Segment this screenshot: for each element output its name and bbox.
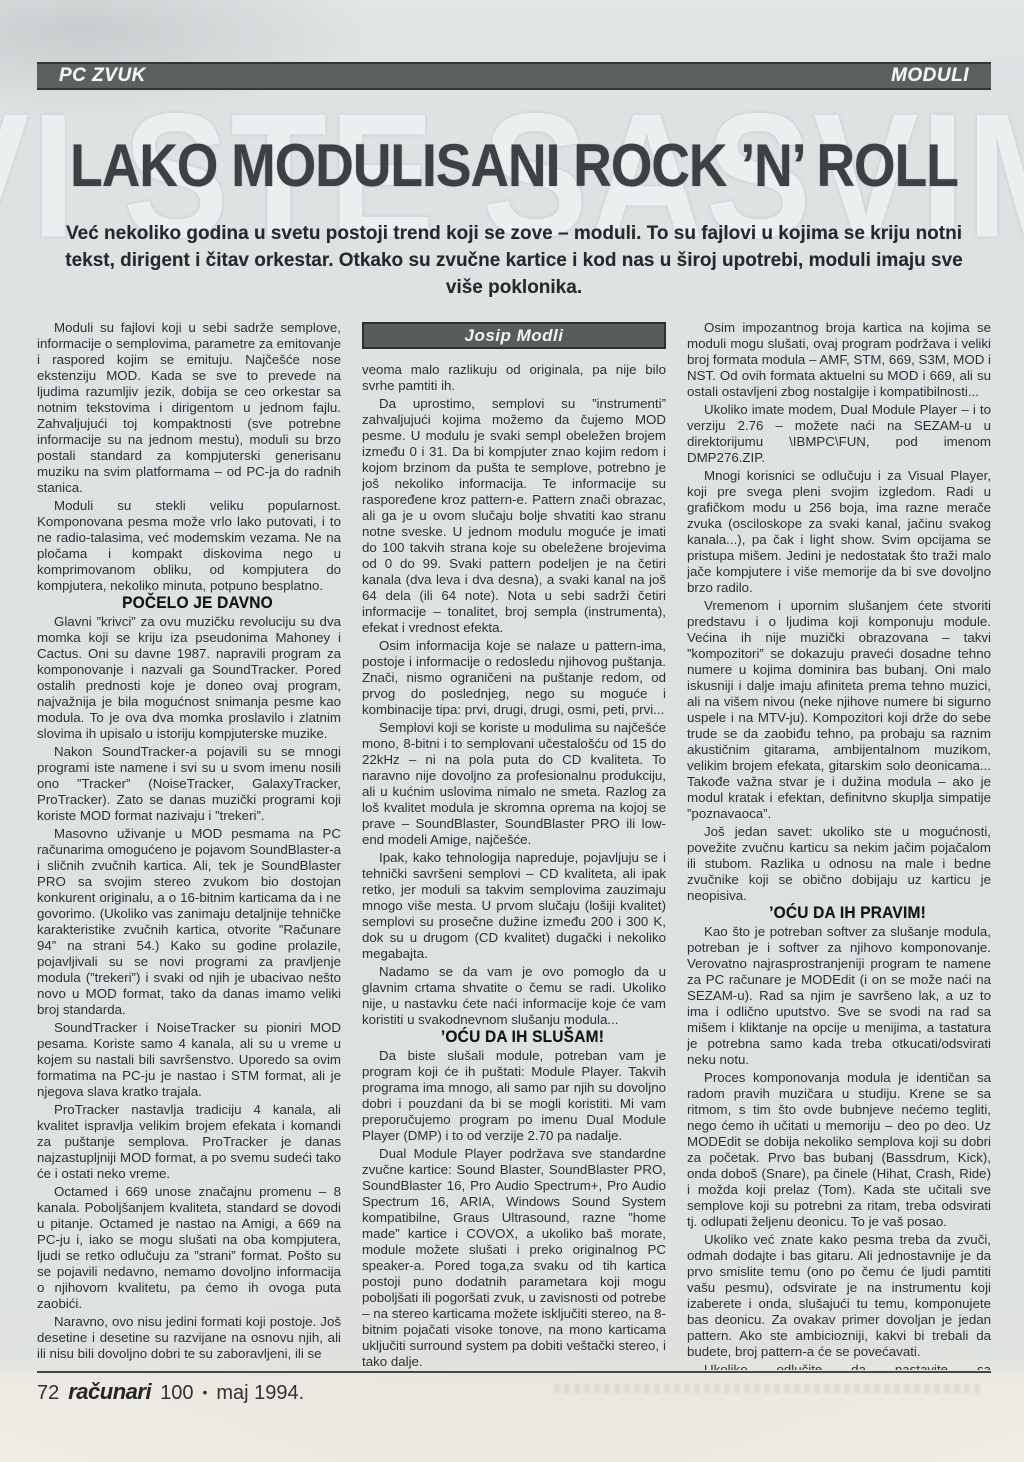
magazine-page: VI STE SASVIM PC ZVUK MODULI LAKO MODULI…: [0, 0, 1024, 1462]
page-number: 72: [37, 1382, 59, 1405]
paragraph: veoma malo razlikuju od originala, pa ni…: [362, 362, 666, 394]
paragraph: Da biste slušali module, potreban vam je…: [362, 1048, 666, 1144]
paragraph: Ukoliko imate modem, Dual Module Player …: [687, 402, 991, 466]
paragraph: Moduli su stekli veliku popularnost. Kom…: [37, 498, 341, 594]
paragraph: Moduli su fajlovi koji u sebi sadrže sem…: [37, 320, 341, 496]
kicker-right-label: MODULI: [891, 65, 969, 87]
paragraph: Nakon SoundTracker-a pojavili su se mnog…: [37, 744, 341, 824]
page-footer: 72 računari 100 • maj 1994.: [37, 1371, 991, 1405]
section-heading: ’OĆU DA IH SLUŠAM!: [362, 1030, 666, 1047]
paragraph: Još jedan savet: ukoliko ste u mogućnost…: [687, 824, 991, 904]
paragraph: Kao što je potreban softver za slušanje …: [687, 924, 991, 1068]
issue-date: maj 1994.: [216, 1382, 304, 1405]
paragraph: SoundTracker i NoiseTracker su pioniri M…: [37, 1020, 341, 1100]
paragraph: Glavni ”krivci” za ovu muzičku revolucij…: [37, 614, 341, 742]
paragraph: Osim impozantnog broja kartica na kojima…: [687, 320, 991, 400]
paragraph: Semplovi koji se koriste u modulima su n…: [362, 720, 666, 848]
paragraph: Ipak, kako tehnologija napreduje, pojavl…: [362, 850, 666, 962]
kicker-left-label: PC ZVUK: [59, 65, 146, 87]
paragraph: Osim informacija koje se nalaze u patter…: [362, 638, 666, 718]
article-lede: Već nekoliko godina u svetu postoji tren…: [51, 220, 976, 301]
section-heading: ’OĆU DA IH PRAVIM!: [687, 906, 991, 923]
paragraph: Masovno uživanje u MOD pesmama na PC rač…: [37, 826, 341, 1018]
bullet-separator: •: [202, 1384, 207, 1400]
paragraph: Naravno, ovo nisu jedini formati koji po…: [37, 1314, 341, 1362]
author-byline: Josip Modli: [362, 322, 666, 349]
section-heading: POČELO JE DAVNO: [37, 596, 341, 613]
article-columns: Moduli su fajlovi koji u sebi sadrže sem…: [37, 320, 991, 1370]
paragraph: Ukoliko odlučite da nastavite sa kompono…: [687, 1362, 991, 1370]
magazine-logo: računari: [68, 1379, 151, 1405]
paragraph: Octamed i 669 unose značajnu promenu – 8…: [37, 1184, 341, 1312]
paragraph: Nadamo se da vam je ovo pomoglo da u gla…: [362, 964, 666, 1028]
page-content: PC ZVUK MODULI LAKO MODULISANI ROCK ’N’ …: [37, 0, 991, 301]
author-name: Josip Modli: [465, 328, 564, 344]
issue-number: 100: [160, 1382, 193, 1405]
article-title: LAKO MODULISANI ROCK ’N’ ROLL: [51, 133, 976, 197]
column-left: Moduli su fajlovi koji u sebi sadrže sem…: [37, 320, 341, 1370]
paragraph: Vremenom i upornim slušanjem ćete stvori…: [687, 598, 991, 822]
column-right: Osim impozantnog broja kartica na kojima…: [687, 320, 991, 1370]
paragraph: Proces komponovanja modula je identičan …: [687, 1070, 991, 1230]
paragraph: Dual Module Player podržava sve standard…: [362, 1146, 666, 1370]
paragraph: ProTracker nastavlja tradiciju 4 kanala,…: [37, 1102, 341, 1182]
paragraph: Ukoliko već znate kako pesma treba da zv…: [687, 1232, 991, 1360]
column-middle: Josip Modli veoma malo razlikuju od orig…: [362, 320, 666, 1370]
paragraph: Mnogi korisnici se odlučuju i za Visual …: [687, 468, 991, 596]
paragraph: Da uprostimo, semplovi su ”instrumenti” …: [362, 396, 666, 636]
section-kicker-bar: PC ZVUK MODULI: [37, 62, 991, 90]
